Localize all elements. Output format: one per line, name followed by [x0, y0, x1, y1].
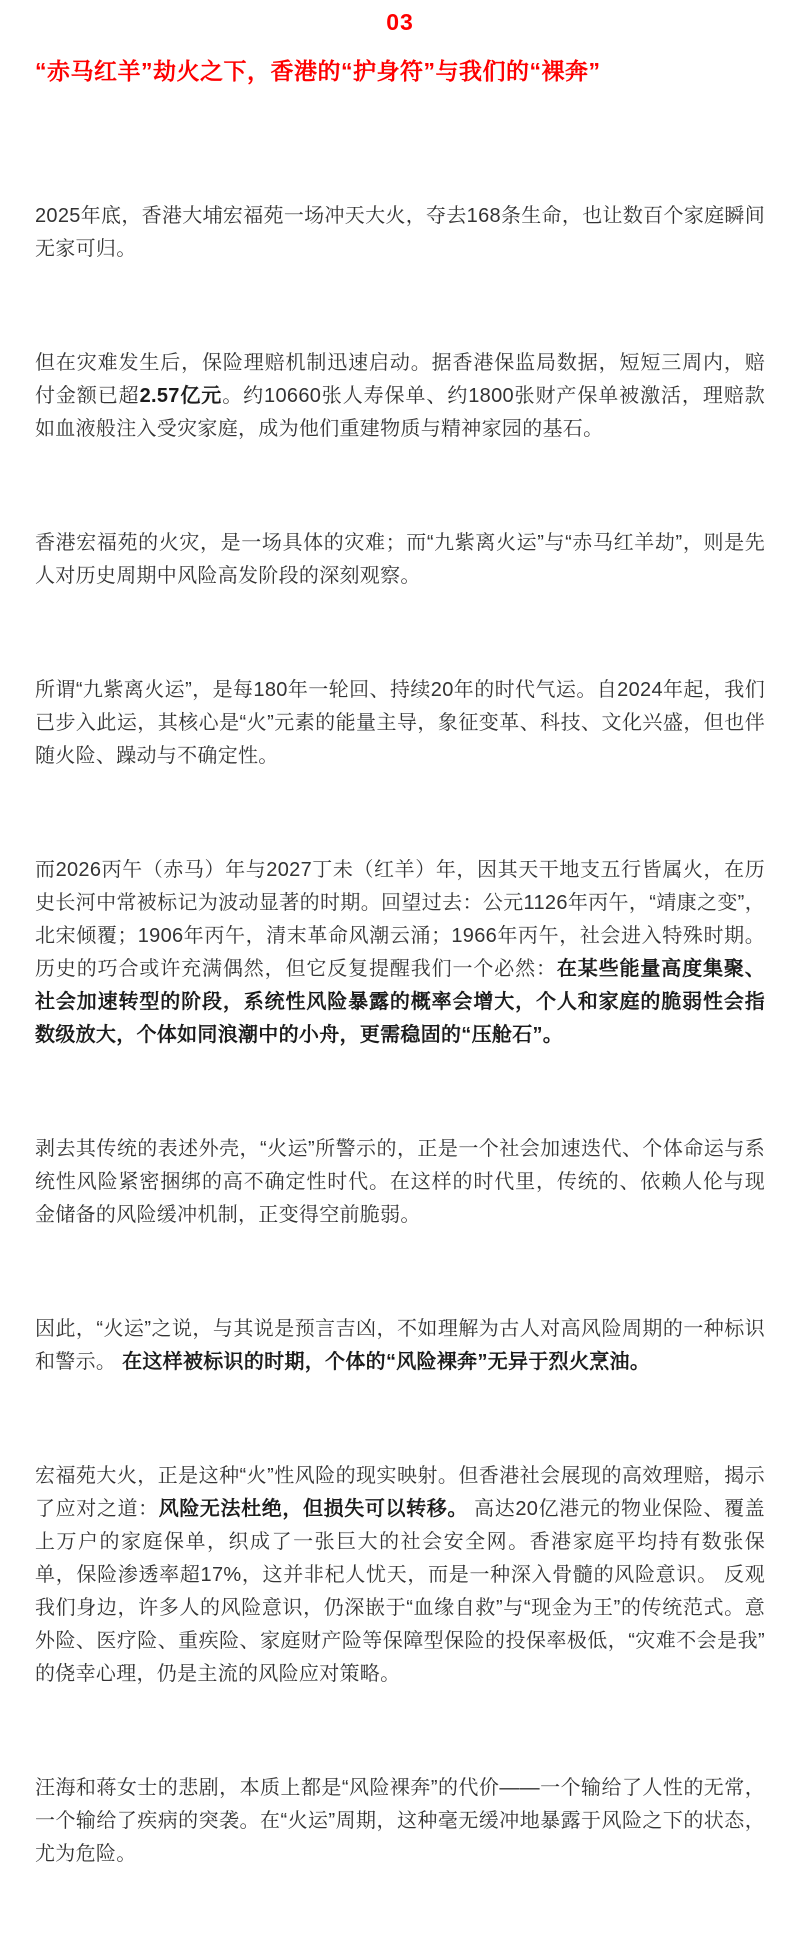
paragraph-text: 所谓“九紫离火运”，是每180年一轮回、持续20年的时代气运。自2024年起，我…: [35, 679, 765, 767]
section-number: 03: [35, 6, 765, 39]
article-page: 03 “赤马红羊”劫火之下，香港的“护身符”与我们的“裸奔” 2025年底，香港…: [0, 0, 800, 1931]
paragraph-history-years: 而2026丙午（赤马）年与2027丁未（红羊）年，因其天干地支五行皆属火，在历史…: [35, 854, 765, 1052]
paragraph-disaster-vs-cycle: 香港宏福苑的火灾，是一场具体的灾难；而“九紫离火运”与“赤马红羊劫”，则是先人对…: [35, 527, 765, 593]
paragraph-tragedy-conclusion: 汪海和蒋女士的悲剧，本质上都是“风险裸奔”的代价——一个输给了人性的无常，一个输…: [35, 1772, 765, 1871]
paragraph-text: 剥去其传统的表述外壳，“火运”所警示的，正是一个社会加速迭代、个体命运与系统性风…: [35, 1138, 765, 1226]
paragraph-claims-data: 但在灾难发生后，保险理赔机制迅速启动。据香港保监局数据，短短三周内，赔付金额已超…: [35, 347, 765, 446]
paragraph-text: 高达20亿港元的物业保险、覆盖上万户的家庭保单，织成了一张巨大的社会安全网。香港…: [35, 1498, 765, 1685]
paragraph-bold-text: 2.57亿元: [140, 385, 223, 407]
paragraph-text: 香港宏福苑的火灾，是一场具体的灾难；而“九紫离火运”与“赤马红羊劫”，则是先人对…: [35, 532, 765, 587]
paragraph-hongkong-response: 宏福苑大火，正是这种“火”性风险的现实映射。但香港社会展现的高效理赔，揭示了应对…: [35, 1460, 765, 1691]
paragraph-uncertain-era: 剥去其传统的表述外壳，“火运”所警示的，正是一个社会加速迭代、个体命运与系统性风…: [35, 1133, 765, 1232]
paragraph-bold-text: 在这样被标识的时期，个体的“风险裸奔”无异于烈火烹油。: [122, 1351, 650, 1373]
paragraph-text: 2025年底，香港大埔宏福苑一场冲天大火，夺去168条生命，也让数百个家庭瞬间无…: [35, 205, 765, 260]
paragraph-fire-event: 2025年底，香港大埔宏福苑一场冲天大火，夺去168条生命，也让数百个家庭瞬间无…: [35, 200, 765, 266]
paragraph-bold-text: 风险无法杜绝，但损失可以转移。: [159, 1498, 468, 1520]
page-title: “赤马红羊”劫火之下，香港的“护身符”与我们的“裸奔”: [35, 55, 765, 88]
paragraph-text: 汪海和蒋女士的悲剧，本质上都是“风险裸奔”的代价——一个输给了人性的无常，一个输…: [35, 1777, 765, 1865]
paragraph-fire-cycle-definition: 所谓“九紫离火运”，是每180年一轮回、持续20年的时代气运。自2024年起，我…: [35, 674, 765, 773]
article-body: 2025年底，香港大埔宏福苑一场冲天大火，夺去168条生命，也让数百个家庭瞬间无…: [35, 200, 765, 1871]
paragraph-warning: 因此，“火运”之说，与其说是预言吉凶，不如理解为古人对高风险周期的一种标识和警示…: [35, 1313, 765, 1379]
